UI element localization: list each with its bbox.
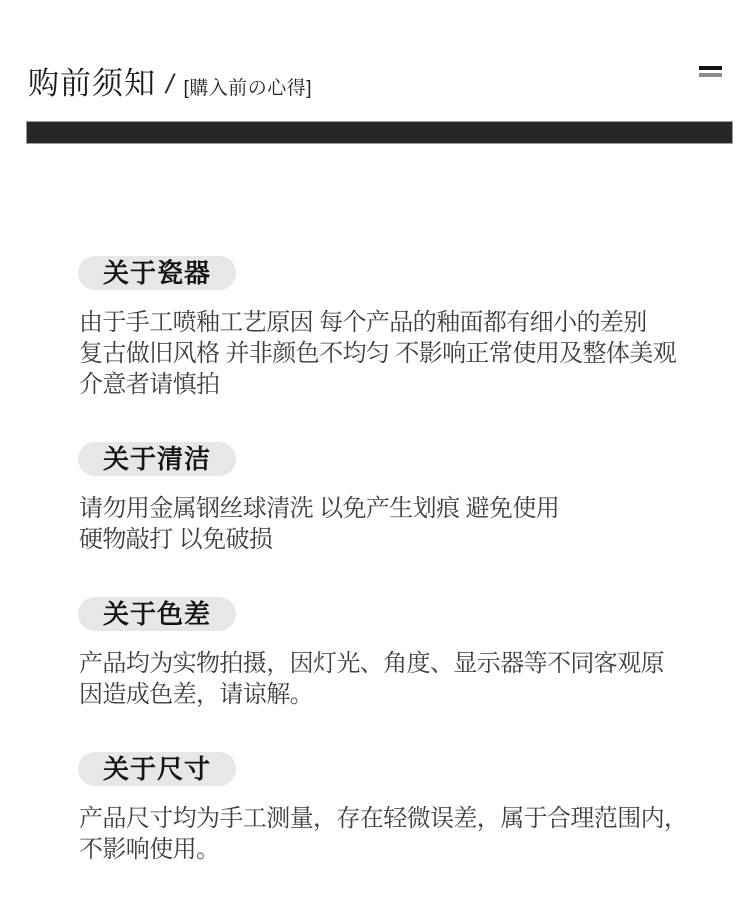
notice-section-color-difference: 关于色差 产品均为实物拍摄，因灯光、角度、显示器等不同客观原 因造成色差，请谅解… [79, 597, 679, 710]
title-row: 购前须知 / [購入前の心得] [28, 58, 722, 103]
page-title: 购前须知 [28, 58, 156, 103]
section-label-pill: 关于瓷器 [78, 256, 236, 290]
page-header: 购前须知 / [購入前の心得] [0, 0, 750, 102]
section-label-pill: 关于清洁 [78, 442, 236, 476]
paragraph-line: 产品尺寸均为手工测量，存在轻微误差，属于合理范围内， [79, 803, 679, 834]
notice-section-cleaning: 关于清洁 请勿用金属钢丝球清洗 以免产生划痕 避免使用 硬物敲打 以免破损 [79, 442, 679, 555]
menu-icon [699, 66, 722, 77]
section-paragraph: 由于手工喷釉工艺原因 每个产品的釉面都有细小的差别 复古做旧风格 并非颜色不均匀… [79, 307, 679, 400]
paragraph-line: 由于手工喷釉工艺原因 每个产品的釉面都有细小的差别 [79, 307, 679, 338]
section-label-pill: 关于色差 [78, 597, 236, 631]
section-label-pill: 关于尺寸 [78, 752, 236, 786]
purchase-notice-page: 购前须知 / [購入前の心得] 关于瓷器 由于手工喷釉工艺原因 每个产品的釉面都… [0, 0, 750, 913]
title-separator: / [166, 69, 174, 100]
menu-icon-bar-bottom [699, 73, 722, 77]
notice-sections: 关于瓷器 由于手工喷釉工艺原因 每个产品的釉面都有细小的差别 复古做旧风格 并非… [0, 144, 679, 865]
paragraph-line: 请勿用金属钢丝球清洗 以免产生划痕 避免使用 [79, 493, 679, 524]
section-paragraph: 产品均为实物拍摄，因灯光、角度、显示器等不同客观原 因造成色差，请谅解。 [79, 648, 679, 710]
section-paragraph: 请勿用金属钢丝球清洗 以免产生划痕 避免使用 硬物敲打 以免破损 [79, 493, 679, 555]
paragraph-line: 复古做旧风格 并非颜色不均匀 不影响正常使用及整体美观 [79, 338, 679, 369]
section-paragraph: 产品尺寸均为手工测量，存在轻微误差，属于合理范围内， 不影响使用。 [79, 803, 679, 865]
paragraph-line: 不影响使用。 [79, 834, 679, 865]
notice-section-size: 关于尺寸 产品尺寸均为手工测量，存在轻微误差，属于合理范围内， 不影响使用。 [79, 752, 679, 865]
page-subtitle-japanese: [購入前の心得] [184, 73, 313, 100]
menu-icon-bar-top [699, 66, 722, 70]
notice-section-ceramics: 关于瓷器 由于手工喷釉工艺原因 每个产品的釉面都有细小的差别 复古做旧风格 并非… [79, 256, 679, 400]
paragraph-line: 产品均为实物拍摄，因灯光、角度、显示器等不同客观原 [79, 648, 679, 679]
paragraph-line: 因造成色差，请谅解。 [79, 679, 679, 710]
paragraph-line: 硬物敲打 以免破损 [79, 524, 679, 555]
paragraph-line: 介意者请慎拍 [79, 369, 679, 400]
divider-bar [26, 121, 733, 144]
